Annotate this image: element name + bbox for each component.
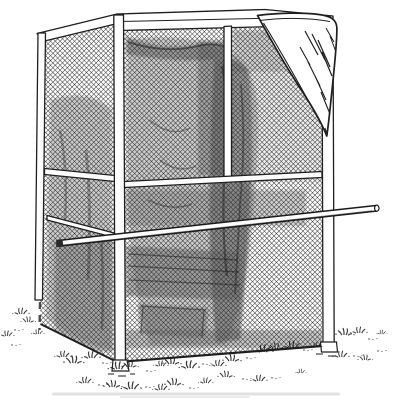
front-left-post xyxy=(114,15,126,364)
engraving-page xyxy=(0,0,393,400)
pole-left-tip xyxy=(56,240,63,247)
cage-illustration xyxy=(0,0,393,400)
front-vertical-rail xyxy=(224,26,232,178)
page-smudge xyxy=(52,393,340,396)
page-smudge-2 xyxy=(120,396,250,398)
pole-right-tip xyxy=(375,205,379,211)
